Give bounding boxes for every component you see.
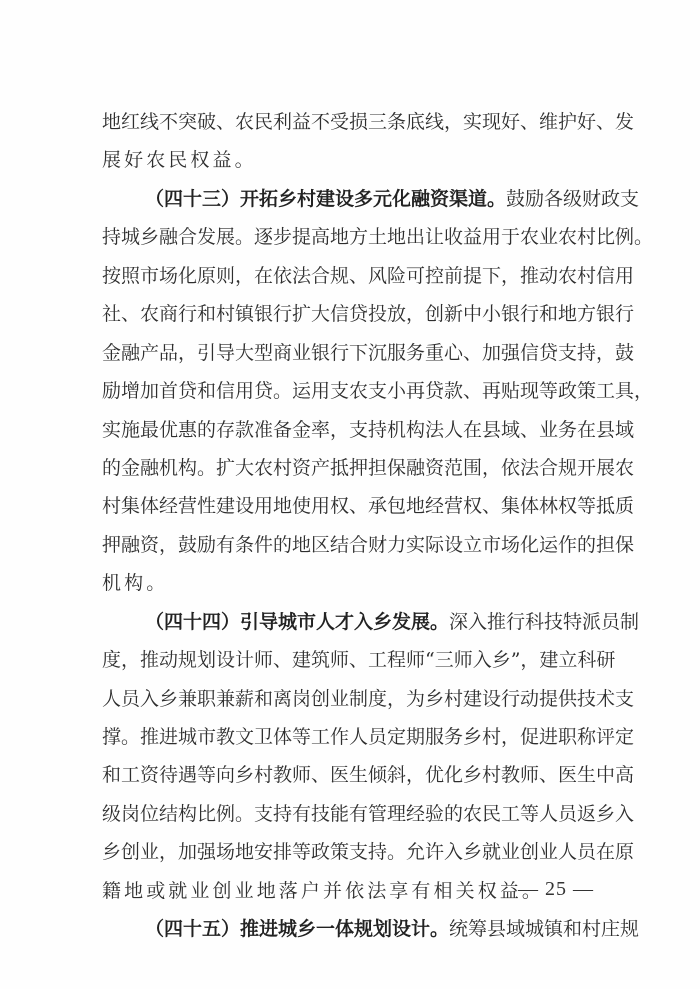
text-line: 机构。 [102,568,602,606]
text-segment: 统筹县域城镇和村庄规 [449,914,639,952]
page-number: — 25 — [518,878,594,901]
text-line: 展好农民权益。 [102,145,602,183]
text-segment: 深入推行科技特派员制 [449,607,639,645]
section-43-heading: （四十三）开拓乡村建设多元化融资渠道。 [145,184,506,222]
text-line: 地红线不突破、农民利益不受损三条底线，实现好、维护好、发 [102,107,602,145]
text-line: 金融产品，引导大型商业银行下沉服务重心、加强信贷支持，鼓 [102,338,602,376]
text-line: 和工资待遇等向乡村教师、医生倾斜，优化乡村教师、医生中高 [102,760,602,798]
text-line: 励增加首贷和信用贷。运用支农支小再贷款、再贴现等政策工具， [102,376,602,414]
section-45-first-line: （四十五）推进城乡一体规划设计。统筹县域城镇和村庄规 [102,914,602,952]
text-line: 社、农商行和村镇银行扩大信贷投放，创新中小银行和地方银行 [102,299,602,337]
section-44-heading: （四十四）引导城市人才入乡发展。 [145,607,449,645]
text-line: 级岗位结构比例。支持有技能有管理经验的农民工等人员返乡入 [102,799,602,837]
text-line: 按照市场化原则，在依法合规、风险可控前提下，推动农村信用 [102,261,602,299]
section-43-first-line: （四十三）开拓乡村建设多元化融资渠道。鼓励各级财政支 [102,184,602,222]
text-line: 度，推动规划设计师、建筑师、工程师“三师入乡”，建立科研 [102,645,602,683]
text-line: 的金融机构。扩大农村资产抵押担保融资范围，依法合规开展农 [102,453,602,491]
text-segment: 鼓励各级财政支 [506,184,639,222]
text-line: 撑。推进城市教文卫体等工作人员定期服务乡村，促进职称评定 [102,722,602,760]
section-44-first-line: （四十四）引导城市人才入乡发展。深入推行科技特派员制 [102,607,602,645]
text-line: 持城乡融合发展。逐步提高地方土地出让收益用于农业农村比例。 [102,222,602,260]
section-45-heading: （四十五）推进城乡一体规划设计。 [145,914,449,952]
document-page: 地红线不突破、农民利益不受损三条底线，实现好、维护好、发 展好农民权益。 （四十… [0,0,700,989]
text-line: 人员入乡兼职兼薪和离岗创业制度，为乡村建设行动提供技术支 [102,684,602,722]
text-line: 乡创业，加强场地安排等政策支持。允许入乡就业创业人员在原 [102,837,602,875]
text-line: 村集体经营性建设用地使用权、承包地经营权、集体林权等抵质 [102,491,602,529]
text-line: 押融资，鼓励有条件的地区结合财力实际设立市场化运作的担保 [102,530,602,568]
text-line: 实施最优惠的存款准备金率，支持机构法人在县域、业务在县域 [102,415,602,453]
body-text: 地红线不突破、农民利益不受损三条底线，实现好、维护好、发 展好农民权益。 （四十… [102,107,602,953]
